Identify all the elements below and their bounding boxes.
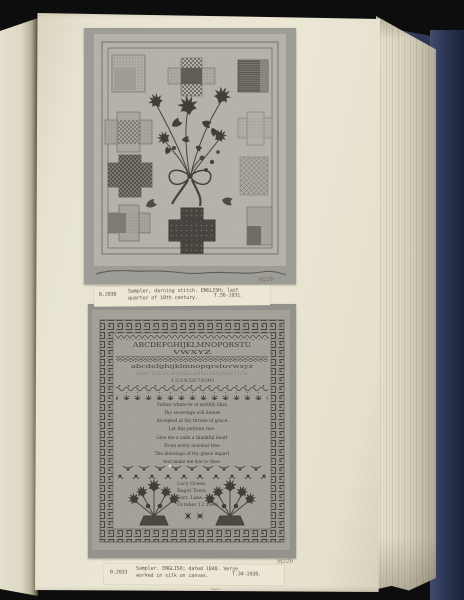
darn-patch-lower-right [240, 157, 268, 195]
verse-line: Thy sovereign will denies [164, 411, 221, 416]
pencil-mark [210, 585, 221, 590]
museum-ref-bottom: B.2033 [110, 569, 128, 575]
caption-bottom-line2: worked in silk on canvas. [136, 573, 209, 580]
alphabet-row-eyelet: ABCDEFGHIJKLMNOPQRSTUV [135, 371, 249, 377]
pencil-annotation-bottom: M22b [277, 559, 293, 566]
caption-bottom-line1: Sampler. ENGLISH; dated 1848. Verse [136, 566, 238, 573]
caption-slip-bottom: B.2033 Sampler. ENGLISH; dated 1848. Ver… [104, 563, 284, 585]
previous-page-gutter [0, 18, 38, 596]
photo-darning-sampler [84, 28, 296, 284]
book-fore-edge-pages [376, 16, 436, 594]
darn-patch-top-left [112, 55, 145, 92]
accession-number-bottom: T.34-1938. [232, 571, 261, 577]
flower-cross-band [116, 392, 268, 400]
verse-line: From every murmur free [164, 444, 220, 449]
photographed-album-spread: ABCDEFGHIJKLMNOPQRSTU VWXYZ abcdefghijkl… [0, 0, 464, 600]
caption-top-line2: quarter of 18th century. [128, 295, 198, 302]
alphabet-row-lower: abcdefghijklmnopqrstuvwxyz [131, 364, 253, 370]
verse-line: And make me live to thee. [162, 460, 221, 465]
pencil-annotation-top: M22b [258, 277, 274, 284]
darn-patch-bottom-right [247, 207, 272, 245]
darn-patch-top-right [238, 60, 268, 92]
photo-verse-sampler: ABCDEFGHIJKLMNOPQRSTU VWXYZ abcdefghijkl… [88, 304, 296, 558]
inscription-line: Sarr. Lane. [177, 495, 204, 501]
numerals-row: 1234567890 [170, 378, 214, 384]
vine-band [116, 384, 268, 391]
inscription-line: Bagot Town. [177, 488, 208, 494]
verse-line: Accepted at thy throne of grace [156, 419, 228, 424]
museum-ref-top: B.2038 [99, 292, 117, 298]
caption-slip-top: B.2038 Sampler, darning stitch. ENGLISH;… [94, 285, 270, 307]
verse-line: Father whate'er of earthly bliss [157, 403, 228, 408]
accession-number-top: T.56-1931. [214, 292, 243, 298]
garland-band [118, 466, 266, 479]
verse-line: Give me a calm a thankful heart [156, 436, 228, 441]
alphabet-row-upper-2: VWXYZ [171, 350, 211, 356]
chevron-band [116, 356, 268, 362]
verse-line: Let this petition rise. [169, 427, 216, 432]
photo-blemish [169, 465, 172, 468]
inscription-line: Lucy Green. [177, 481, 207, 487]
sawtooth-band [115, 335, 269, 340]
alphabet-row-upper-1: ABCDEFGHIJKLMNOPQRSTU [132, 342, 251, 349]
verse-line: The blessings of thy grace impart [155, 452, 230, 457]
